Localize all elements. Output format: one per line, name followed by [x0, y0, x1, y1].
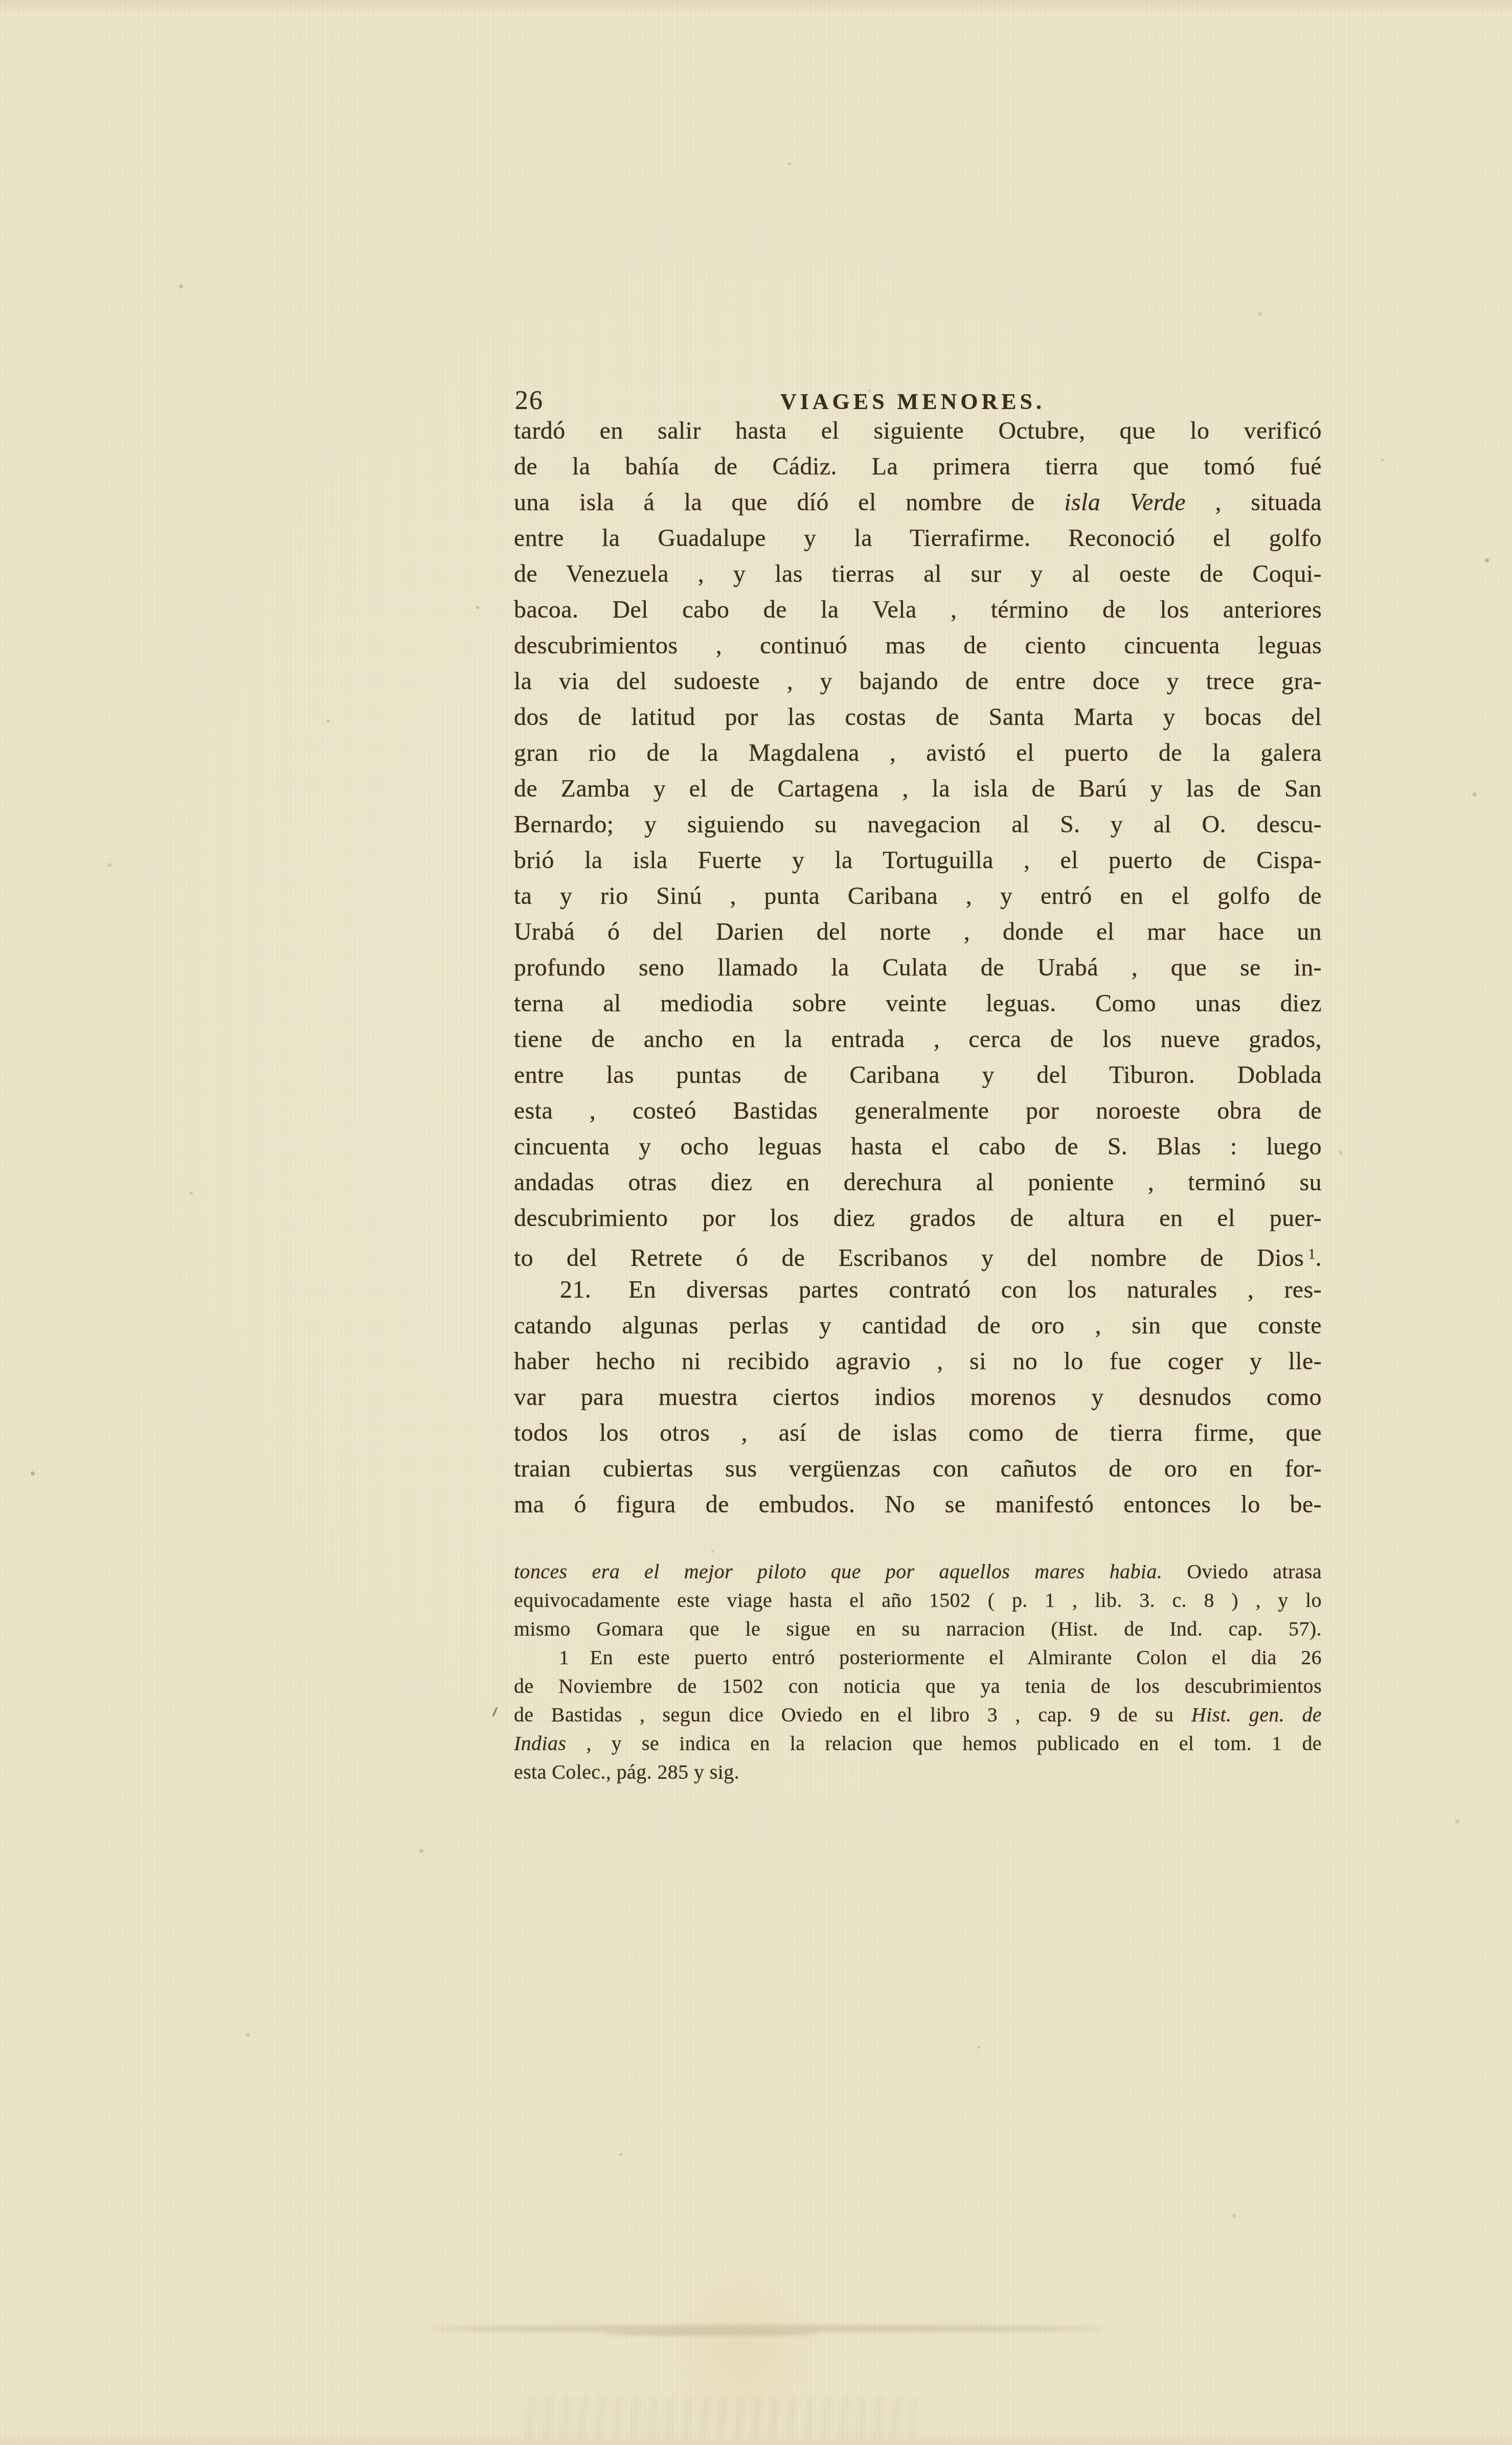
body-line: ma ó figura de embudos. No se manifestó …: [514, 1487, 1322, 1523]
body-line: var para muestra ciertos indios morenos …: [514, 1379, 1322, 1415]
body-line: 21. En diversas partes contrató con los …: [514, 1272, 1322, 1308]
body-line: entre las puntas de Caribana y del Tibur…: [514, 1057, 1322, 1093]
text-segment: descubrimiento por los diez grados de al…: [514, 1205, 1322, 1232]
body-line: cincuenta y ocho leguas hasta el cabo de…: [514, 1129, 1322, 1165]
text-segment: entre las puntas de Caribana y del Tibur…: [514, 1061, 1322, 1089]
body-line: de la bahía de Cádiz. La primera tierra …: [514, 449, 1322, 485]
body-line: descubrimiento por los diez grados de al…: [514, 1201, 1322, 1236]
text-segment: bacoa. Del cabo de la Vela , término de …: [514, 596, 1322, 623]
paper-stain: [660, 2260, 828, 2444]
footnote-line: 1 En este puerto entró posteriormente el…: [514, 1643, 1322, 1672]
text-segment: de Zamba y el de Cartagena , la isla de …: [514, 775, 1322, 802]
text-segment: tonces era el mejor piloto que por aquel…: [514, 1560, 1162, 1583]
body-line: gran rio de la Magdalena , avistó el pue…: [514, 735, 1322, 771]
body-line: Urabá ó del Darien del norte , donde el …: [514, 914, 1322, 950]
body-line: de Zamba y el de Cartagena , la isla de …: [514, 771, 1322, 807]
text-segment: de la bahía de Cádiz. La primera tierra …: [514, 453, 1322, 480]
body-line: ta y rio Sinú , punta Caribana , y entró…: [514, 878, 1322, 914]
footnote-line: Indias , y se indica en la relacion que …: [514, 1729, 1322, 1758]
text-segment: .: [1316, 1244, 1322, 1272]
text-segment: Oviedo atrasa: [1162, 1560, 1322, 1583]
text-segment: descubrimientos , continuó mas de ciento…: [514, 632, 1322, 659]
text-segment: , situada: [1186, 489, 1322, 516]
text-segment: andadas otras diez en derechura al ponie…: [514, 1169, 1322, 1196]
body-line: to del Retrete ó de Escribanos y del nom…: [514, 1236, 1322, 1272]
text-segment: de Noviembre de 1502 con noticia que ya …: [514, 1674, 1322, 1697]
body-line: haber hecho ni recibido agravio , si no …: [514, 1344, 1322, 1379]
text-segment: una isla á la que díó el nombre de: [514, 489, 1064, 516]
text-segment: de Bastidas , segun dice Oviedo en el li…: [514, 1703, 1191, 1726]
text-segment: ma ó figura de embudos. No se manifestó …: [514, 1491, 1322, 1518]
footnote-line: de Noviembre de 1502 con noticia que ya …: [514, 1672, 1322, 1701]
text-segment: 1: [1308, 1246, 1315, 1262]
text-segment: var para muestra ciertos indios morenos …: [514, 1384, 1322, 1411]
text-segment: equivocadamente este viage hasta el año …: [514, 1589, 1322, 1612]
text-segment: esta , costeó Bastidas generalmente por …: [514, 1097, 1322, 1124]
footnote-line: de Bastidas , segun dice Oviedo en el li…: [514, 1701, 1322, 1729]
body-line: andadas otras diez en derechura al ponie…: [514, 1165, 1322, 1201]
text-segment: Bernardo; y siguiendo su navegacion al S…: [514, 811, 1322, 838]
text-segment: mismo Gomara que le sigue en su narracio…: [514, 1617, 1322, 1640]
text-segment: isla Verde: [1064, 489, 1186, 516]
text-segment: tardó en salir hasta el siguiente Octubr…: [514, 417, 1322, 444]
text-segment: terna al mediodia sobre veinte leguas. C…: [514, 990, 1322, 1017]
body-line: la via del sudoeste , y bajando de entre…: [514, 664, 1322, 699]
paper-specks: [0, 0, 2, 2]
body-line: catando algunas perlas y cantidad de oro…: [514, 1308, 1322, 1344]
margin-ink-mark: [492, 1707, 498, 1717]
footnote-line: mismo Gomara que le sigue en su narracio…: [514, 1615, 1322, 1643]
text-segment: gran rio de la Magdalena , avistó el pue…: [514, 739, 1322, 766]
body-line: traian cubiertas sus vergüenzas con cañu…: [514, 1451, 1322, 1487]
text-segment: Hist. gen. de: [1191, 1703, 1322, 1726]
text-segment: profundo seno llamado la Culata de Urabá…: [514, 954, 1322, 981]
footnote-line: equivocadamente este viage hasta el año …: [514, 1586, 1322, 1615]
text-segment: 1 En este puerto entró posteriormente el…: [559, 1646, 1322, 1669]
text-segment: traian cubiertas sus vergüenzas con cañu…: [514, 1455, 1322, 1482]
page-header: 26 VIAGES MENORES.: [514, 379, 1322, 415]
body-text: tardó en salir hasta el siguiente Octubr…: [514, 413, 1322, 1523]
text-segment: Indias: [514, 1732, 566, 1755]
text-segment: entre la Guadalupe y la Tierrafirme. Rec…: [514, 525, 1322, 552]
text-segment: de Venezuela , y las tierras al sur y al…: [514, 560, 1322, 587]
footnote-line: tonces era el mejor piloto que por aquel…: [514, 1557, 1322, 1586]
body-line: de Venezuela , y las tierras al sur y al…: [514, 556, 1322, 592]
body-line: esta , costeó Bastidas generalmente por …: [514, 1093, 1322, 1129]
running-title: VIAGES MENORES.: [509, 391, 1317, 413]
text-segment: , y se indica en la relacion que hemos p…: [566, 1732, 1322, 1755]
text-segment: dos de latitud por las costas de Santa M…: [514, 704, 1322, 731]
body-line: terna al mediodia sobre veinte leguas. C…: [514, 986, 1322, 1022]
text-segment: esta Colec., pág. 285 y sig.: [514, 1760, 739, 1783]
footnote-line: esta Colec., pág. 285 y sig.: [514, 1758, 1322, 1786]
body-line: una isla á la que díó el nombre de isla …: [514, 485, 1322, 520]
text-segment: haber hecho ni recibido agravio , si no …: [514, 1348, 1322, 1375]
text-segment: ta y rio Sinú , punta Caribana , y entró…: [514, 882, 1322, 910]
text-segment: cincuenta y ocho leguas hasta el cabo de…: [514, 1133, 1322, 1160]
text-segment: to del Retrete ó de Escribanos y del nom…: [514, 1244, 1304, 1272]
body-line: descubrimientos , continuó mas de ciento…: [514, 628, 1322, 664]
body-line: dos de latitud por las costas de Santa M…: [514, 699, 1322, 735]
footnotes: tonces era el mejor piloto que por aquel…: [514, 1557, 1322, 1786]
body-line: brió la isla Fuerte y la Tortuguilla , e…: [514, 843, 1322, 878]
body-line: todos los otros , así de islas como de t…: [514, 1415, 1322, 1451]
text-segment: tiene de ancho en la entrada , cerca de …: [514, 1026, 1322, 1053]
body-line: profundo seno llamado la Culata de Urabá…: [514, 950, 1322, 986]
body-line: tardó en salir hasta el siguiente Octubr…: [514, 413, 1322, 449]
body-line: bacoa. Del cabo de la Vela , término de …: [514, 592, 1322, 628]
text-segment: 21. En diversas partes contrató con los …: [560, 1276, 1322, 1303]
text-segment: todos los otros , así de islas como de t…: [514, 1419, 1322, 1446]
body-line: Bernardo; y siguiendo su navegacion al S…: [514, 807, 1322, 843]
text-segment: Urabá ó del Darien del norte , donde el …: [514, 918, 1322, 945]
text-segment: catando algunas perlas y cantidad de oro…: [514, 1312, 1322, 1339]
text-segment: brió la isla Fuerte y la Tortuguilla , e…: [514, 847, 1322, 874]
body-line: tiene de ancho en la entrada , cerca de …: [514, 1022, 1322, 1057]
book-page: 26 VIAGES MENORES. tardó en salir hasta …: [0, 0, 1512, 2445]
body-line: entre la Guadalupe y la Tierrafirme. Rec…: [514, 520, 1322, 556]
text-segment: la via del sudoeste , y bajando de entre…: [514, 668, 1322, 695]
